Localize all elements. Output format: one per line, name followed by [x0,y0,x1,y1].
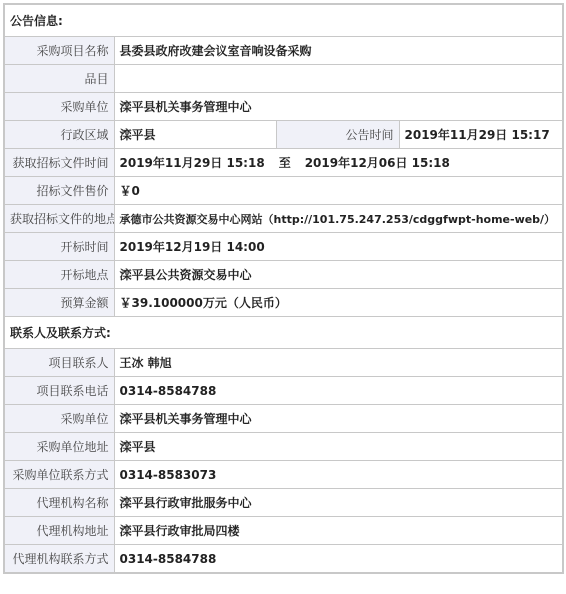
row-open-time: 开标时间 2019年12月19日 14:00 [4,233,563,261]
label-category: 品目 [4,65,114,93]
row-region-publish-time: 行政区域 滦平县 公告时间 2019年11月29日 15:17 [4,121,563,149]
label-agency-contact: 代理机构联系方式 [4,545,114,574]
doc-time-start: 2019年11月29日 15:18 [120,156,265,170]
row-project-phone: 项目联系电话 0314-8584788 [4,377,563,405]
label-purchaser-address: 采购单位地址 [4,433,114,461]
label-open-place: 开标地点 [4,261,114,289]
row-project-name: 采购项目名称 县委县政府改建会议室音响设备采购 [4,37,563,65]
label-purchaser: 采购单位 [4,93,114,121]
label-project-phone: 项目联系电话 [4,377,114,405]
row-agency-name: 代理机构名称 滦平县行政审批服务中心 [4,489,563,517]
value-project-contact: 王冰 韩旭 [114,349,563,377]
value-project-name: 县委县政府改建会议室音响设备采购 [114,37,563,65]
value-budget: ￥39.100000万元（人民币） [114,289,563,317]
row-purchaser-contact: 采购单位联系方式 0314-8583073 [4,461,563,489]
row-agency-contact: 代理机构联系方式 0314-8584788 [4,545,563,574]
value-purchaser: 滦平县机关事务管理中心 [114,93,563,121]
value-region: 滦平县 [114,121,276,149]
value-doc-price: ￥0 [114,177,563,205]
notice-info-panel: 公告信息: 采购项目名称 县委县政府改建会议室音响设备采购 品目 采购单位 滦平… [3,3,562,574]
label-project-name: 采购项目名称 [4,37,114,65]
section-title-notice: 公告信息: [4,4,563,37]
row-contact-purchaser: 采购单位 滦平县机关事务管理中心 [4,405,563,433]
value-doc-time: 2019年11月29日 15:18至2019年12月06日 15:18 [114,149,563,177]
value-purchaser-contact: 0314-8583073 [114,461,563,489]
value-publish-time: 2019年11月29日 15:17 [399,121,563,149]
value-doc-place: 承德市公共资源交易中心网站（http://101.75.247.253/cdgg… [114,205,563,233]
row-doc-place: 获取招标文件的地点 承德市公共资源交易中心网站（http://101.75.24… [4,205,563,233]
row-agency-address: 代理机构地址 滦平县行政审批局四楼 [4,517,563,545]
doc-time-separator: 至 [279,154,291,171]
section-header-contact: 联系人及联系方式: [4,317,563,349]
value-agency-name: 滦平县行政审批服务中心 [114,489,563,517]
value-open-place: 滦平县公共资源交易中心 [114,261,563,289]
section-title-contact: 联系人及联系方式: [4,317,563,349]
label-doc-place: 获取招标文件的地点 [4,205,114,233]
row-category: 品目 [4,65,563,93]
label-open-time: 开标时间 [4,233,114,261]
row-open-place: 开标地点 滦平县公共资源交易中心 [4,261,563,289]
notice-info-table: 公告信息: 采购项目名称 县委县政府改建会议室音响设备采购 品目 采购单位 滦平… [3,3,564,574]
value-category [114,65,563,93]
row-doc-price: 招标文件售价 ￥0 [4,177,563,205]
row-purchaser: 采购单位 滦平县机关事务管理中心 [4,93,563,121]
label-agency-name: 代理机构名称 [4,489,114,517]
label-project-contact: 项目联系人 [4,349,114,377]
value-contact-purchaser: 滦平县机关事务管理中心 [114,405,563,433]
label-region: 行政区域 [4,121,114,149]
value-project-phone: 0314-8584788 [114,377,563,405]
label-contact-purchaser: 采购单位 [4,405,114,433]
value-purchaser-address: 滦平县 [114,433,563,461]
value-agency-address: 滦平县行政审批局四楼 [114,517,563,545]
row-budget: 预算金额 ￥39.100000万元（人民币） [4,289,563,317]
label-publish-time: 公告时间 [276,121,399,149]
row-doc-time: 获取招标文件时间 2019年11月29日 15:18至2019年12月06日 1… [4,149,563,177]
value-open-time: 2019年12月19日 14:00 [114,233,563,261]
row-purchaser-address: 采购单位地址 滦平县 [4,433,563,461]
label-budget: 预算金额 [4,289,114,317]
section-header-notice: 公告信息: [4,4,563,37]
label-purchaser-contact: 采购单位联系方式 [4,461,114,489]
value-agency-contact: 0314-8584788 [114,545,563,574]
label-doc-price: 招标文件售价 [4,177,114,205]
doc-time-end: 2019年12月06日 15:18 [305,156,450,170]
label-agency-address: 代理机构地址 [4,517,114,545]
row-project-contact: 项目联系人 王冰 韩旭 [4,349,563,377]
label-doc-time: 获取招标文件时间 [4,149,114,177]
